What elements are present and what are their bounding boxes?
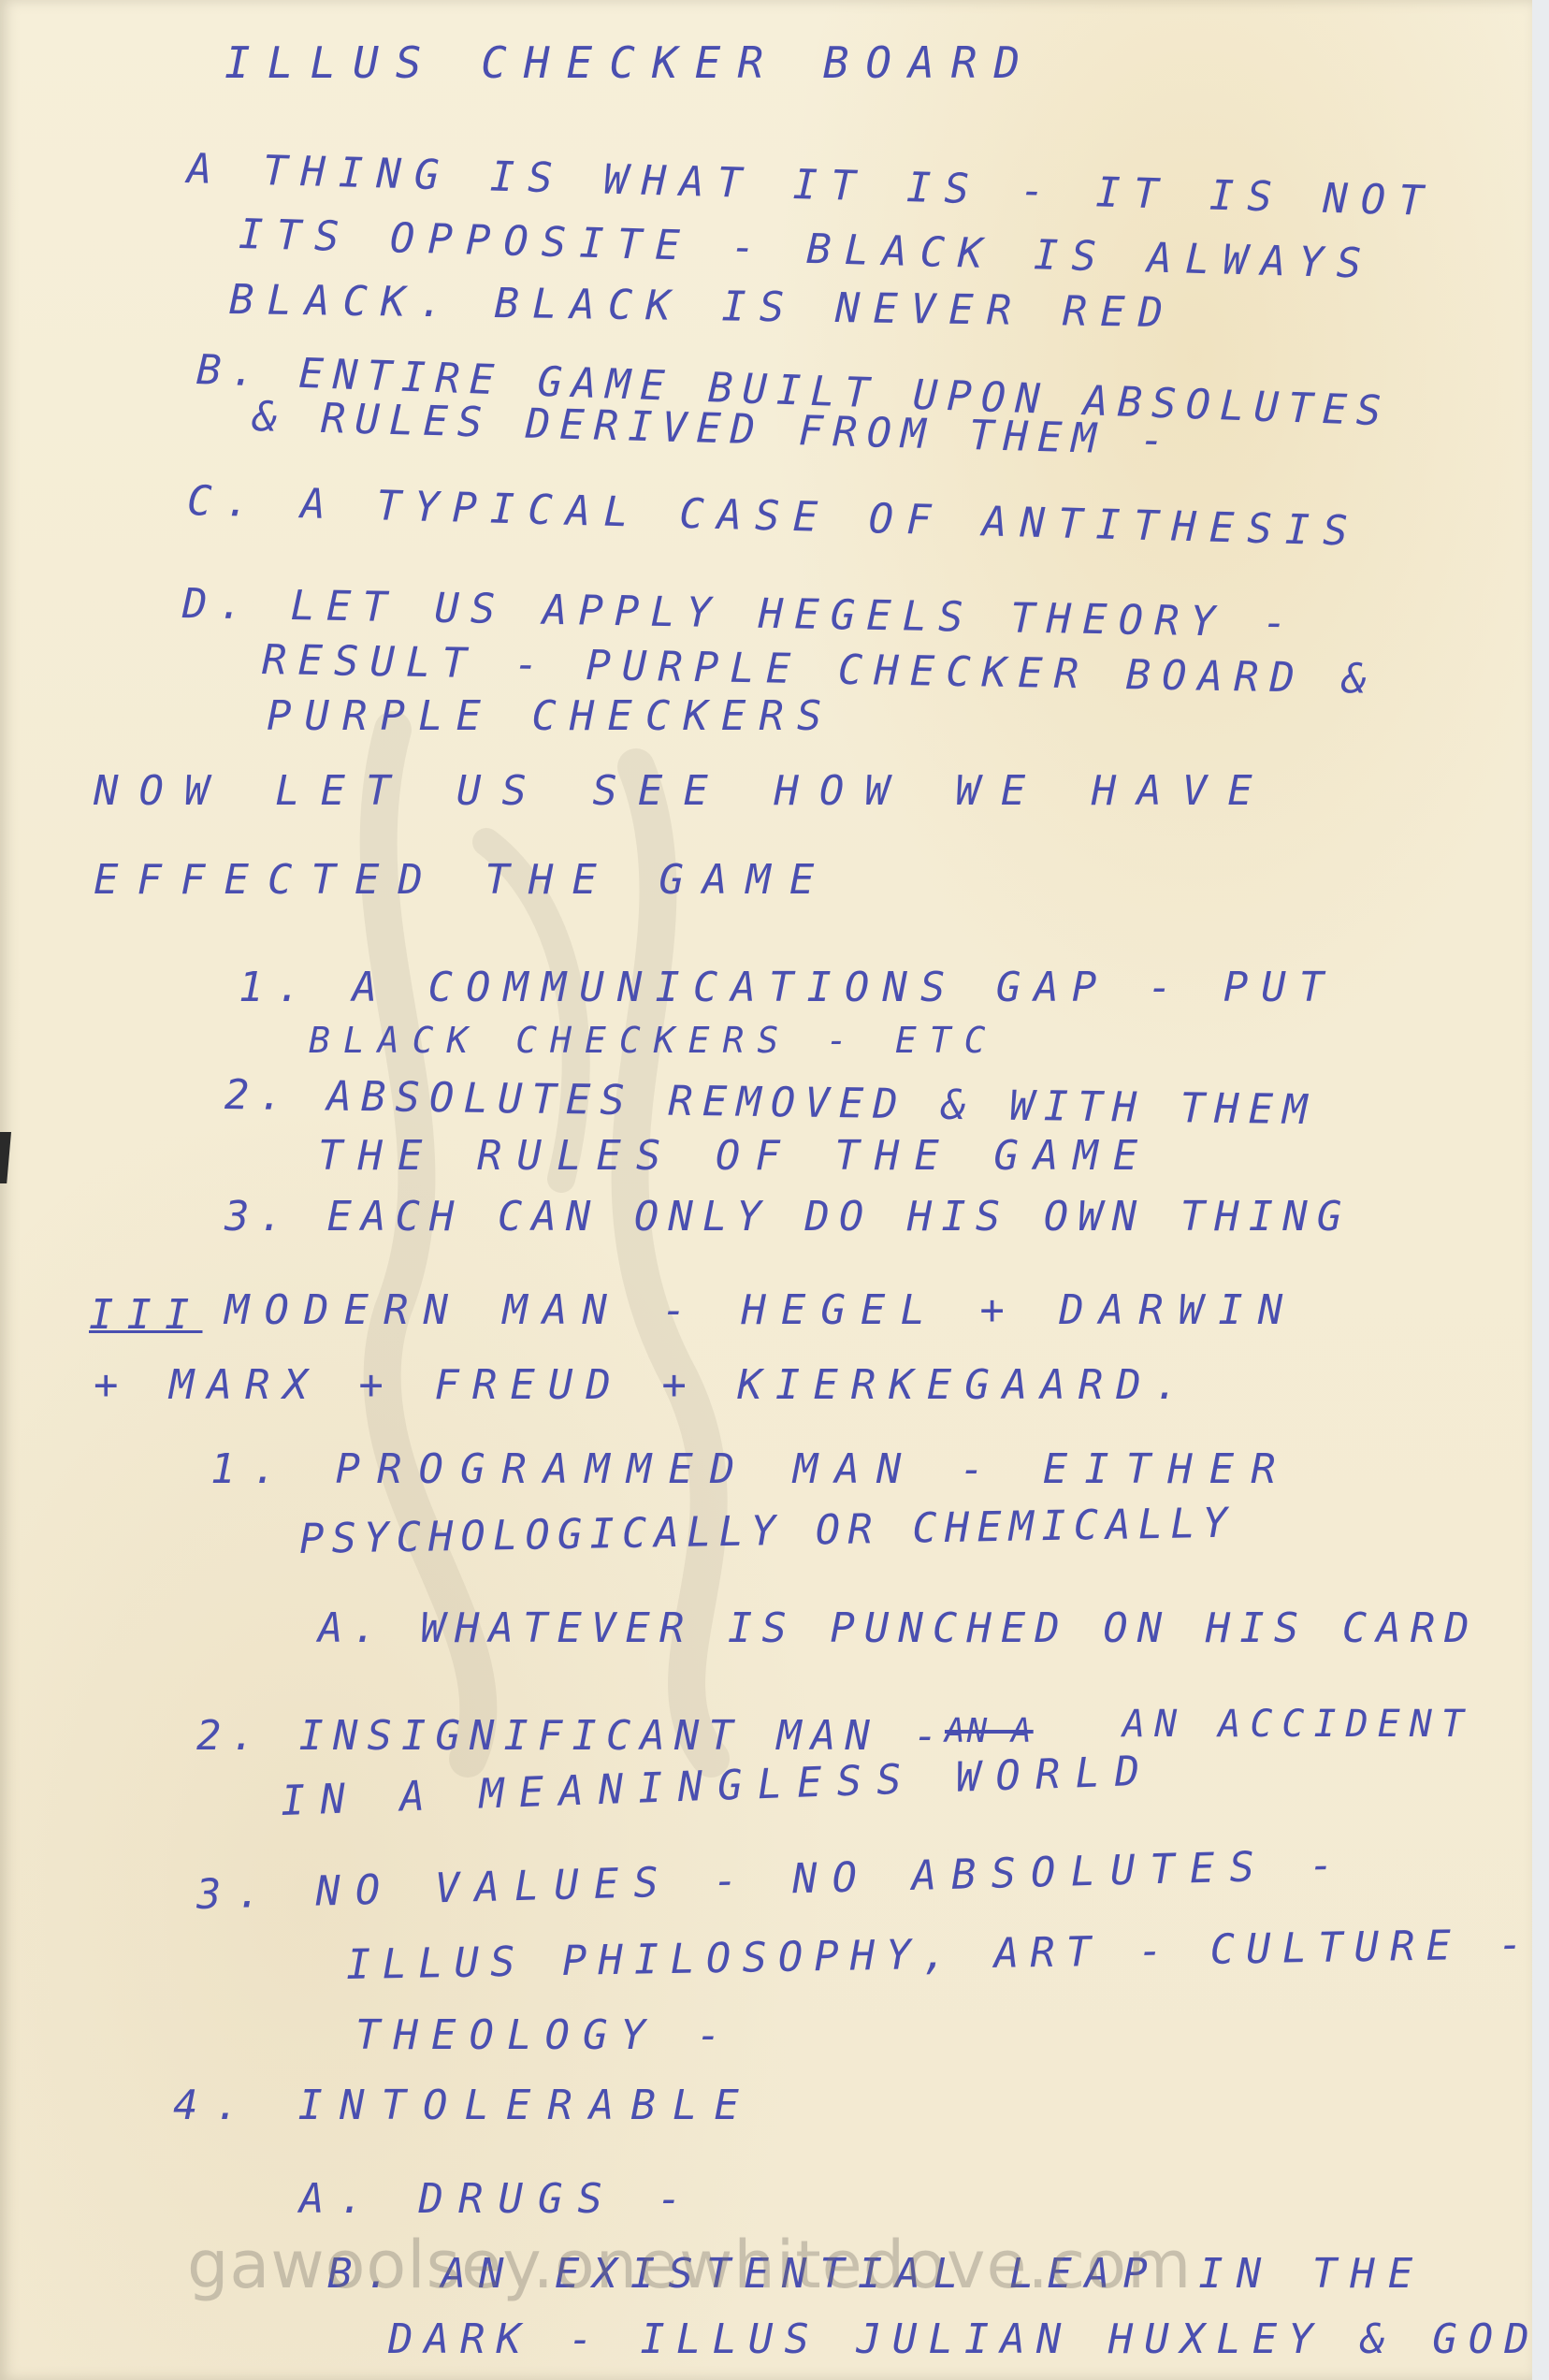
- programmed-line-1: 1. PROGRAMMED MAN - EITHER: [210, 1445, 1293, 1493]
- paper-sheet: ILLUS CHECKER BOARD A THING IS WHAT IT I…: [0, 0, 1532, 2380]
- intolerable-line-2: A. DRUGS -: [299, 2175, 697, 2223]
- no-values-line-1: 3. NO VALUES - NO ABSOLUTES -: [195, 1841, 1349, 1919]
- struck-out-text: AN A: [945, 1712, 1034, 1750]
- insignificant-line-1-post: AN ACCIDENT: [1122, 1703, 1473, 1746]
- section-3-line-1: MODERN MAN - HEGEL + DARWIN: [224, 1286, 1297, 1334]
- intolerable-line-1: 4. INTOLERABLE: [173, 2082, 756, 2129]
- point-a-line-3: BLACK. BLACK IS NEVER RED: [229, 276, 1177, 337]
- effect-3-line-1: 3. EACH CAN ONLY DO HIS OWN THING: [224, 1193, 1351, 1241]
- transition-line-1: NOW LET US SEE HOW WE HAVE: [94, 767, 1273, 815]
- programmed-line-3: A. WHATEVER IS PUNCHED ON HIS CARD: [318, 1604, 1479, 1652]
- point-d-line-3: PURPLE CHECKERS: [267, 692, 834, 740]
- section-numeral: III: [89, 1291, 202, 1339]
- site-watermark: gawoolsey.onewhitedove.com: [187, 2227, 1192, 2303]
- no-values-line-2: ILLUS PHILOSOPHY, ART - CULTURE -: [346, 1921, 1535, 1989]
- point-c-line-1: C. A TYPICAL CASE OF ANTITHESIS: [186, 477, 1361, 556]
- effect-2-line-2: THE RULES OF THE GAME: [318, 1132, 1152, 1180]
- insignificant-line-1-pre: 2. INSIGNIFICANT MAN -: [196, 1712, 948, 1760]
- intolerable-line-4: DARK - ILLUS JULIAN HUXLEY & GOD: [388, 2315, 1541, 2363]
- transition-line-2: EFFECTED THE GAME: [94, 856, 832, 904]
- no-values-line-3: THEOLOGY -: [355, 2011, 734, 2059]
- effect-1-line-2: BLACK CHECKERS - ETC: [309, 1020, 999, 1061]
- effect-1-line-1: 1. A COMMUNICATIONS GAP - PUT: [239, 964, 1337, 1011]
- torn-edge: [0, 1132, 11, 1183]
- point-a-line-2: ITS OPPOSITE - BLACK IS ALWAYS: [238, 210, 1375, 288]
- heading: ILLUS CHECKER BOARD: [224, 37, 1036, 88]
- section-3-line-2: + MARX + FREUD + KIERKEGAARD.: [94, 1361, 1192, 1409]
